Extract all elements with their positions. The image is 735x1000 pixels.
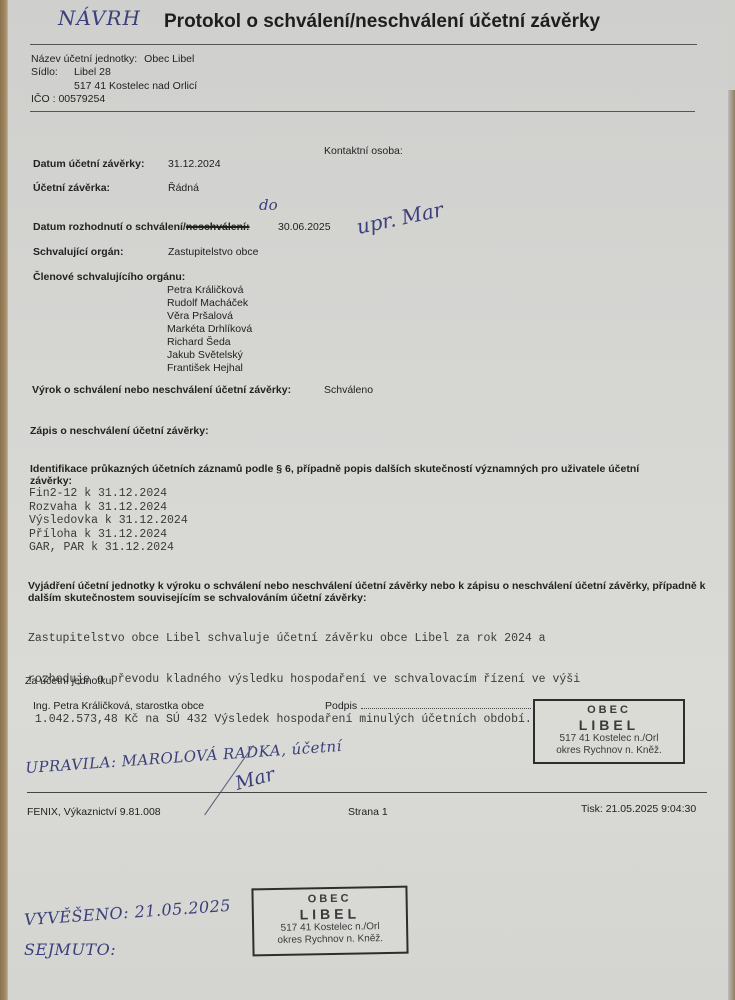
member-item: Markéta Drhlíková	[167, 323, 252, 336]
stamp-line3: 517 41 Kostelec n./Orl	[535, 733, 683, 746]
handwritten-draft-note: NÁVRH	[58, 6, 141, 30]
footer-divider	[27, 792, 707, 793]
entity-ico-value: 00579254	[58, 93, 105, 105]
approving-body-value: Zastupitelstvo obce	[168, 246, 258, 258]
stamp-line4: okres Rychnov n. Kněž.	[254, 933, 406, 948]
decision-date-label-struck: neschválení:	[186, 221, 250, 233]
identification-item: Příloha k 31.12.2024	[29, 528, 188, 542]
identification-list: Fin2-12 k 31.12.2024 Rozvaha k 31.12.202…	[29, 487, 188, 555]
entity-seat-label: Sídlo:	[31, 66, 58, 78]
decision-date-label: Datum rozhodnutí o schválení/neschválení…	[33, 221, 249, 233]
verdict-label: Výrok o schválení nebo neschválení účetn…	[32, 384, 291, 396]
verdict-value: Schváleno	[324, 384, 373, 396]
statement-label: Vyjádření účetní jednotky k výroku o sch…	[28, 580, 708, 604]
entity-seat-line2: 517 41 Kostelec nad Orlicí	[74, 80, 197, 92]
members-list: Petra Králičková Rudolf Macháček Věra Pr…	[167, 284, 252, 375]
handwritten-removed-label: SEJMUTO:	[24, 940, 116, 959]
statement-line: 1.042.573,48 Kč na SÚ 432 Výsledek hospo…	[28, 713, 580, 727]
closing-type-value: Řádná	[168, 182, 199, 194]
title-divider	[30, 44, 697, 45]
entity-ico-label: IČO :	[31, 93, 56, 105]
identification-item: Rozvaha k 31.12.2024	[29, 501, 188, 515]
rejection-record-label: Zápis o neschválení účetní závěrky:	[30, 425, 209, 437]
stamp-line4: okres Rychnov n. Kněž.	[535, 745, 683, 758]
member-item: Petra Králičková	[167, 284, 252, 297]
entity-seat-line1: Libel 28	[74, 66, 111, 78]
signatory-name: Ing. Petra Králičková, starostka obce	[33, 700, 204, 712]
footer-print-timestamp: Tisk: 21.05.2025 9:04:30	[581, 803, 696, 815]
identification-item: Fin2-12 k 31.12.2024	[29, 487, 188, 501]
footer-software: FENIX, Výkaznictví 9.81.008	[27, 806, 161, 818]
page-edge	[728, 90, 735, 1000]
entity-name-label: Název účetní jednotky:	[31, 53, 137, 65]
entity-name-value: Obec Libel	[144, 53, 194, 65]
stamp-line1: OBEC	[535, 704, 683, 717]
decision-date-value: 30.06.2025	[278, 221, 331, 233]
statement-line: Zastupitelstvo obce Libel schvaluje účet…	[28, 632, 580, 646]
members-label: Členové schvalujícího orgánu:	[33, 271, 185, 283]
identification-item: GAR, PAR k 31.12.2024	[29, 541, 188, 555]
decision-date-label-text: Datum rozhodnutí o schválení/	[33, 221, 186, 233]
closing-date-label: Datum účetní závěrky:	[33, 158, 144, 170]
entity-ico-row: IČO : 00579254	[31, 93, 105, 105]
member-item: Věra Pršalová	[167, 310, 252, 323]
entity-divider	[30, 111, 695, 112]
signature-label: Podpis	[325, 700, 357, 712]
signature-line	[361, 699, 531, 709]
member-item: Rudolf Macháček	[167, 297, 252, 310]
municipal-stamp: OBEC LIBEL 517 41 Kostelec n./Orl okres …	[533, 699, 685, 764]
footer-page-number: Strana 1	[348, 806, 388, 818]
handwritten-do: do	[259, 196, 278, 214]
for-entity-label: Za účetní jednotku:	[25, 675, 114, 687]
stamp-line2: LIBEL	[535, 717, 683, 733]
document-title: Protokol o schválení/neschválení účetní …	[164, 11, 600, 33]
statement-text: Zastupitelstvo obce Libel schvaluje účet…	[28, 605, 580, 740]
member-item: Richard Šeda	[167, 336, 252, 349]
signature-field: Podpis	[325, 699, 531, 712]
identification-label: Identifikace průkazných účetních záznamů…	[30, 463, 660, 487]
approving-body-label: Schvalující orgán:	[33, 246, 123, 258]
municipal-stamp-posted: OBEC LIBEL 517 41 Kostelec n./Orl okres …	[251, 886, 408, 957]
contact-person-label: Kontaktní osoba:	[324, 145, 403, 157]
identification-item: Výsledovka k 31.12.2024	[29, 514, 188, 528]
closing-date-value: 31.12.2024	[168, 158, 221, 170]
member-item: Jakub Světelský	[167, 349, 252, 362]
member-item: František Hejhal	[167, 362, 252, 375]
entity-name-row: Název účetní jednotky: Obec Libel	[31, 53, 194, 65]
closing-type-label: Účetní závěrka:	[33, 182, 110, 194]
